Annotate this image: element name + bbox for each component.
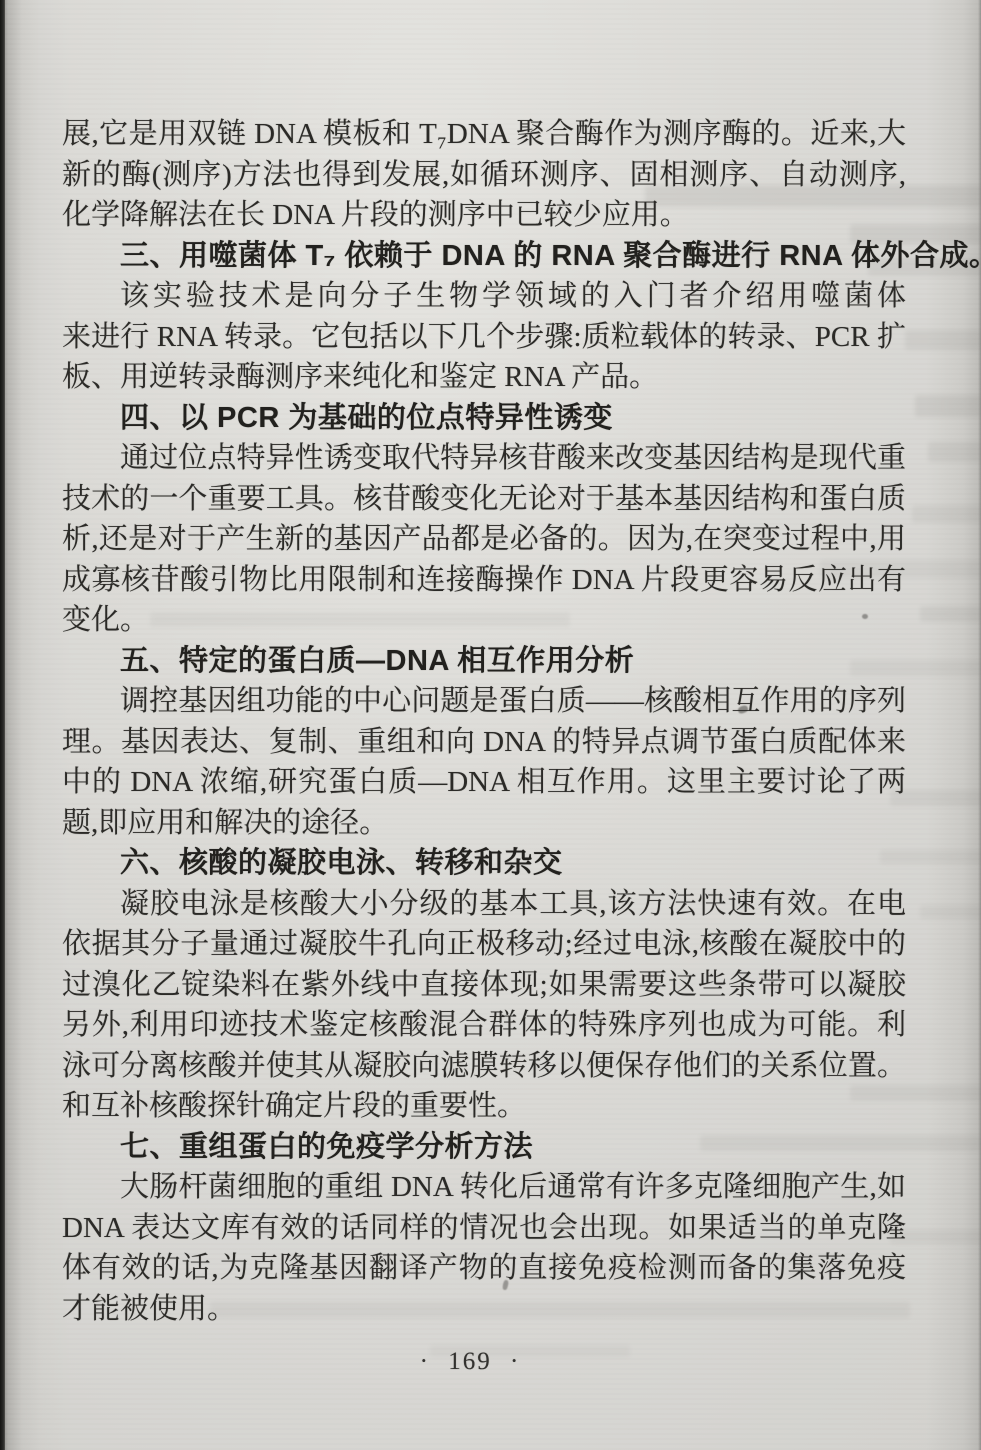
text-line-21: 依据其分子量通过凝胶牛孔向正极移动;经过电泳,核酸在凝胶中的位置可通 <box>62 924 906 965</box>
bleedthrough-smudge <box>920 606 981 622</box>
text-line-1: 展,它是用双链 DNA 模板和 T₇DNA 聚合酶作为测序酶的。近来,大量经改进 <box>62 114 906 155</box>
text-line-27: 大肠杆菌细胞的重组 DNA 转化后通常有许多克隆细胞产生,如果重组 <box>62 1167 906 1208</box>
text-line-17: 中的 DNA 浓缩,研究蛋白质—DNA 相互作用。这里主要讨论了两方面的问 <box>62 762 906 803</box>
text-line-24: 泳可分离核酸并使其从凝胶向滤膜转移以便保存他们的关系位置。利用杂交 <box>62 1046 906 1087</box>
text-line-20: 凝胶电泳是核酸大小分级的基本工具,该方法快速有效。在电场中核酸 <box>62 884 906 925</box>
text-line-6: 来进行 RNA 转录。它包括以下几个步骤:质粒载体的转录、PCR 扩增 DNA … <box>62 317 906 358</box>
text-line-14: 五、特定的蛋白质—DNA 相互作用分析 <box>62 641 906 682</box>
text-line-11: 析,还是对于产生新的基因产品都是必备的。因为,在突变过程中,用化学合 <box>62 519 906 560</box>
text-line-16: 理。基因表达、复制、重组和向 DNA 的特异点调节蛋白质配体来引导染色体 <box>62 722 906 763</box>
text-line-3: 化学降解法在长 DNA 片段的测序中已较少应用。 <box>62 195 906 236</box>
text-line-29: 体有效的话,为克隆基因翻译产物的直接免疫检测而备的集落免疫筛选方法 <box>62 1248 906 1289</box>
page-text-block: 展,它是用双链 DNA 模板和 T₇DNA 聚合酶作为测序酶的。近来,大量经改进… <box>62 114 906 1329</box>
text-line-18: 题,即应用和解决的途径。 <box>62 803 906 844</box>
text-line-7: 板、用逆转录酶测序来纯化和鉴定 RNA 产品。 <box>62 357 906 398</box>
text-line-2: 新的酶(测序)方法也得到发展,如循环测序、固相测序、自动测序,相比而言, <box>62 155 906 196</box>
bleedthrough-smudge <box>905 330 981 350</box>
text-line-13: 变化。 <box>62 600 906 641</box>
bleedthrough-smudge <box>912 505 981 523</box>
bleedthrough-smudge <box>915 395 981 417</box>
text-line-28: DNA 表达文库有效的话同样的情况也会出现。如果适当的单克隆或多克隆抗 <box>62 1208 906 1249</box>
bleedthrough-smudge <box>928 442 981 462</box>
scan-left-border <box>0 0 5 1450</box>
text-line-12: 成寡核苷酸引物比用限制和连接酶操作 DNA 片段更容易反应出有关的序列 <box>62 560 906 601</box>
text-line-26: 七、重组蛋白的免疫学分析方法 <box>62 1127 906 1168</box>
text-line-19: 六、核酸的凝胶电泳、转移和杂交 <box>62 843 906 884</box>
text-line-22: 过溴化乙锭染料在紫外线中直接体现;如果需要这些条带可以凝胶中切除。 <box>62 965 906 1006</box>
text-line-8: 四、以 PCR 为基础的位点特异性诱变 <box>62 398 906 439</box>
text-line-23: 另外,利用印迹技术鉴定核酸混合群体的特殊序列也成为可能。利用凝胶电 <box>62 1005 906 1046</box>
text-line-5: 该实验技术是向分子生物学领域的入门者介绍用噬菌体 T₇RNA 聚合酶 <box>62 276 906 317</box>
text-line-30: 才能被使用。 <box>62 1289 906 1330</box>
bleedthrough-smudge <box>920 905 981 919</box>
text-line-25: 和互补核酸探针确定片段的重要性。 <box>62 1086 906 1127</box>
text-line-4: 三、用噬菌体 T₇ 依赖于 DNA 的 RNA 聚合酶进行 RNA 体外合成。 <box>62 236 906 277</box>
text-line-9: 通过位点特异性诱变取代特异核苷酸来改变基因结构是现代重组 DNA <box>62 438 906 479</box>
text-line-10: 技术的一个重要工具。核苷酸变化无论对于基本基因结构和蛋白质功能分 <box>62 479 906 520</box>
scanned-book-page: 展,它是用双链 DNA 模板和 T₇DNA 聚合酶作为测序酶的。近来,大量经改进… <box>0 0 981 1450</box>
page-number: · 169 · <box>0 1348 940 1376</box>
text-line-15: 调控基因组功能的中心问题是蛋白质——核酸相互作用的序列特异性机 <box>62 681 906 722</box>
